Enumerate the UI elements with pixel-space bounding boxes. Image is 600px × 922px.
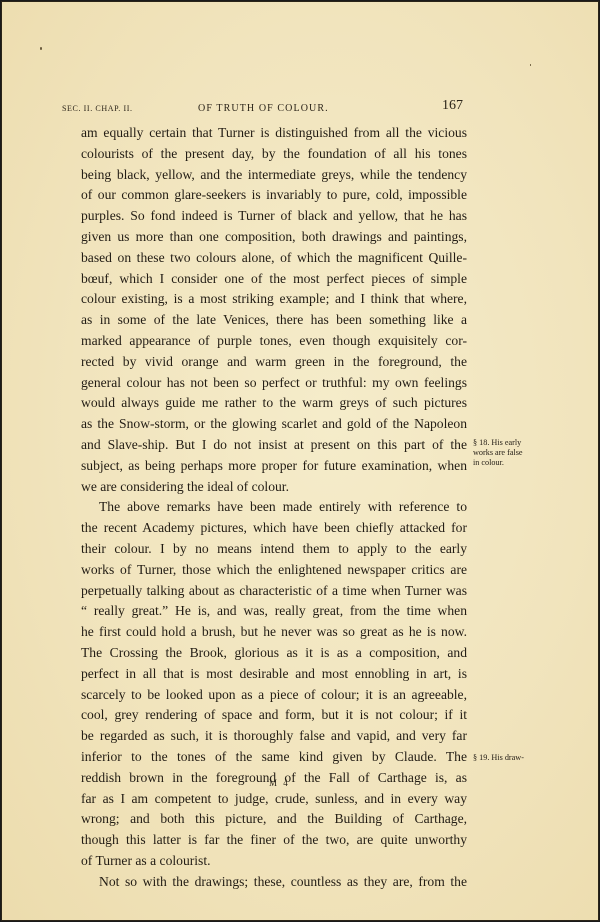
text-line: we are considering the ideal of colour.: [81, 477, 467, 498]
book-page: SEC. II. CHAP. II. OF TRUTH OF COLOUR. 1…: [1, 1, 599, 921]
paper-speck: [40, 47, 42, 50]
text-line: based on these two colours alone, of whi…: [81, 248, 467, 269]
text-line: and Slave-ship. But I do not insist at p…: [81, 435, 467, 456]
text-line: he first could hold a brush, but he neve…: [81, 622, 467, 643]
page-number: 167: [442, 98, 463, 114]
sidenote-section-18: § 18. His early works are false in colou…: [473, 438, 553, 468]
text-line: the recent Academy pictures, which have …: [81, 518, 467, 539]
running-header: SEC. II. CHAP. II. OF TRUTH OF COLOUR. 1…: [62, 98, 472, 118]
paragraph-first-line: The above remarks have been made entirel…: [81, 497, 467, 518]
sidenote-line: § 19. His draw-: [473, 753, 553, 763]
text-line: rected by vivid orange and warm green in…: [81, 352, 467, 373]
text-line: works of Turner, those which the enlight…: [81, 560, 467, 581]
section-chapter-label: SEC. II. CHAP. II.: [62, 104, 133, 113]
text-line: as the Snow-storm, or the glowing scarle…: [81, 414, 467, 435]
text-line: colourists of the present day, by the fo…: [81, 144, 467, 165]
sidenote-line: works are false: [473, 448, 553, 458]
text-line: as in some of the late Venices, there ha…: [81, 310, 467, 331]
text-line: marked appearance of purple tones, even …: [81, 331, 467, 352]
text-line: of Turner as a colourist.: [81, 851, 467, 872]
text-line: colour existing, is a most striking exam…: [81, 289, 467, 310]
text-line: be regarded as such, it is thoroughly fa…: [81, 726, 467, 747]
text-line: perfect in all that is most desirable an…: [81, 664, 467, 685]
running-title: OF TRUTH OF COLOUR.: [198, 103, 329, 114]
text-line: inferior to the tones of the same kind g…: [81, 747, 467, 768]
printer-signature-mark: M 4: [269, 778, 290, 788]
text-line: “ really great.” He is, and was, really …: [81, 601, 467, 622]
paper-speck: [530, 64, 531, 66]
text-line: scarcely to be looked upon as a piece of…: [81, 685, 467, 706]
text-line: though this latter is far the finer of t…: [81, 830, 467, 851]
text-line: perpetually talking about as characteris…: [81, 581, 467, 602]
text-line: far as I am competent to judge, crude, s…: [81, 789, 467, 810]
text-line: cool, grey rendering of space and form, …: [81, 705, 467, 726]
paragraph-first-line: Not so with the drawings; these, countle…: [81, 872, 467, 893]
sidenote-section-19: § 19. His draw-: [473, 753, 553, 763]
text-line: of our common glare-seekers is invariabl…: [81, 185, 467, 206]
text-line: would always guide me rather to the warm…: [81, 393, 467, 414]
sidenote-line: in colour.: [473, 458, 553, 468]
text-line: wrong; and both this picture, and the Bu…: [81, 809, 467, 830]
text-line: am equally certain that Turner is distin…: [81, 123, 467, 144]
text-line: The Crossing the Brook, glorious as it i…: [81, 643, 467, 664]
sidenote-line: § 18. His early: [473, 438, 553, 448]
text-line: general colour has not been so perfect o…: [81, 373, 467, 394]
text-line: being black, yellow, and the intermediat…: [81, 165, 467, 186]
text-line: bœuf, which I consider one of the most p…: [81, 269, 467, 290]
text-line: subject, as being perhaps more proper fo…: [81, 456, 467, 477]
text-line: their colour. I by no means intend them …: [81, 539, 467, 560]
text-line: purples. So fond indeed is Turner of bla…: [81, 206, 467, 227]
text-line: given us more than one composition, both…: [81, 227, 467, 248]
